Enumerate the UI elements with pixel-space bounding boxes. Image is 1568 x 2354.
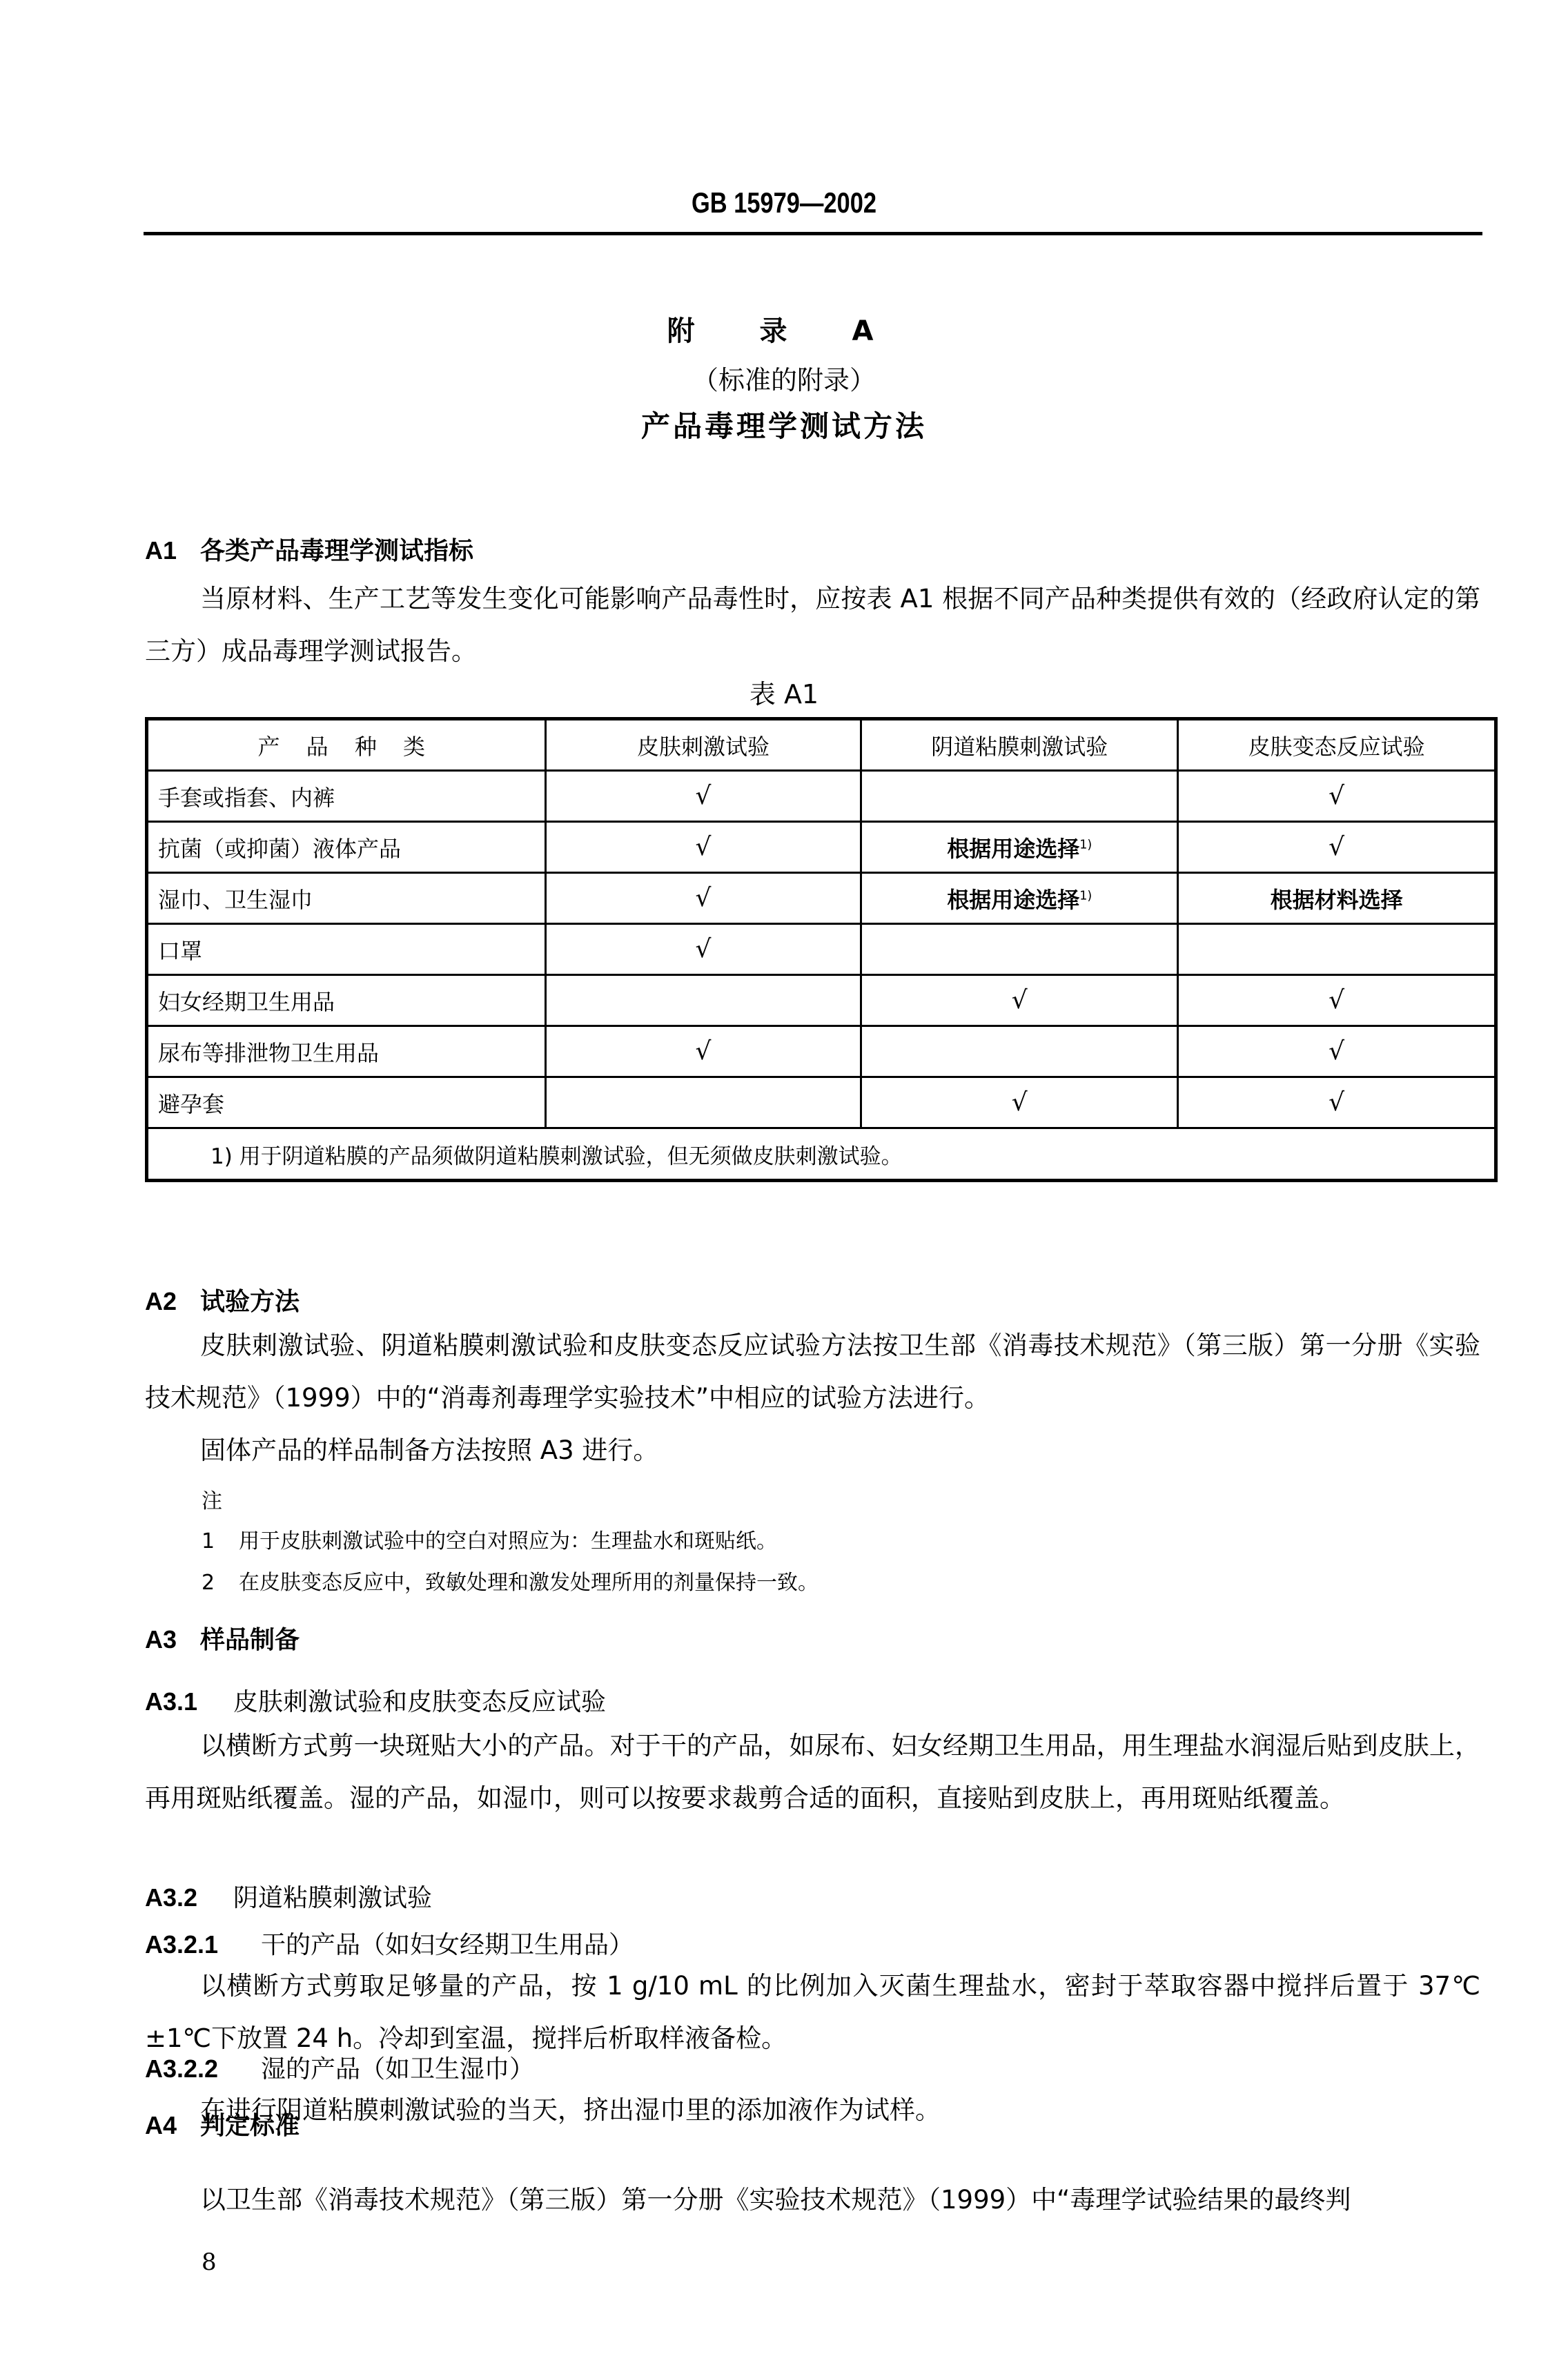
footnote-ref: 1): [1079, 889, 1092, 903]
table-caption: 表 A1: [0, 673, 1568, 711]
select-by-material-cell: 根据材料选择: [1178, 873, 1496, 924]
section-a3-2-2-heading: A3.2.2湿的产品（如卫生湿巾）: [145, 2050, 534, 2085]
page-number: 8: [202, 2248, 217, 2276]
table-row: 手套或指套、内裤 √ √: [147, 771, 1496, 822]
section-a4-heading-line: A4判定标准: [145, 2106, 300, 2141]
section-a2-heading: A2试验方法: [145, 1282, 300, 1317]
check-icon: √: [1178, 1026, 1496, 1077]
column-header-vaginal-mucosa: 阴道粘膜刺激试验: [861, 719, 1178, 771]
section-number: A3.2: [145, 1883, 221, 1912]
standard-number: GB 15979—2002: [141, 186, 1427, 219]
product-cell: 手套或指套、内裤: [147, 771, 546, 822]
section-number: A2: [145, 1287, 200, 1316]
section-title: 判定标准: [200, 2112, 300, 2140]
table-row: 口罩 √: [147, 924, 1496, 975]
check-icon: √: [545, 822, 861, 873]
product-cell: 尿布等排泄物卫生用品: [147, 1026, 546, 1077]
empty-cell: [861, 924, 1178, 975]
product-cell: 口罩: [147, 924, 546, 975]
header-rule: [144, 232, 1482, 235]
empty-cell: [861, 1026, 1178, 1077]
note-text: 在皮肤变态反应中，致敏处理和激发处理所用的剂量保持一致。: [239, 1571, 819, 1595]
check-icon: √: [1178, 771, 1496, 822]
check-icon: √: [545, 771, 861, 822]
section-number: A3.2.1: [145, 1930, 248, 1959]
table-row: 湿巾、卫生湿巾 √ 根据用途选择1) 根据材料选择: [147, 873, 1496, 924]
section-a3-2-heading: A3.2阴道粘膜刺激试验: [145, 1879, 432, 1914]
table-header-row: 产 品 种 类 皮肤刺激试验 阴道粘膜刺激试验 皮肤变态反应试验: [147, 719, 1496, 771]
column-header-skin-irritation: 皮肤刺激试验: [545, 719, 861, 771]
check-icon: √: [1178, 1077, 1496, 1128]
document-page: GB 15979—2002 附 录 A （标准的附录） 产品毒理学测试方法 A1…: [0, 0, 1568, 2354]
section-a3-1-paragraph: 以横断方式剪一块斑贴大小的产品。对于干的产品，如尿布、妇女经期卫生用品，用生理盐…: [145, 1720, 1480, 1825]
product-cell: 湿巾、卫生湿巾: [147, 873, 546, 924]
footnote-ref: 1): [1079, 838, 1092, 852]
column-header-product: 产 品 种 类: [147, 719, 546, 771]
empty-cell: [545, 975, 861, 1026]
section-title: 皮肤刺激试验和皮肤变态反应试验: [233, 1688, 606, 1716]
cell-text: 根据用途选择: [947, 836, 1079, 862]
check-icon: √: [545, 1026, 861, 1077]
section-a2-paragraph: 皮肤刺激试验、阴道粘膜刺激试验和皮肤变态反应试验方法按卫生部《消毒技术规范》（第…: [145, 1320, 1480, 1424]
select-by-use-cell: 根据用途选择1): [861, 873, 1178, 924]
empty-cell: [545, 1077, 861, 1128]
section-a3-heading: A3样品制备: [145, 1620, 300, 1656]
section-number: A3.2.2: [145, 2054, 248, 2083]
note-label: 注: [202, 1484, 222, 1514]
table-footnote-row: 1) 用于阴道粘膜的产品须做阴道粘膜刺激试验，但无须做皮肤刺激试验。: [147, 1128, 1496, 1181]
section-a1-heading: A1各类产品毒理学测试指标: [145, 531, 473, 567]
table-row: 妇女经期卫生用品 √ √: [147, 975, 1496, 1026]
note-number: 1: [202, 1529, 239, 1553]
check-icon: √: [861, 1077, 1178, 1128]
cell-text: 根据用途选择: [947, 887, 1079, 913]
note-text: 用于皮肤刺激试验中的空白对照应为：生理盐水和斑贴纸。: [239, 1529, 777, 1553]
check-icon: √: [545, 873, 861, 924]
check-icon: √: [545, 924, 861, 975]
table-row: 避孕套 √ √: [147, 1077, 1496, 1128]
product-cell: 抗菌（或抑菌）液体产品: [147, 822, 546, 873]
section-a3-2-1-heading: A3.2.1干的产品（如妇女经期卫生用品）: [145, 1925, 634, 1961]
section-title: 湿的产品（如卫生湿巾）: [261, 2055, 534, 2083]
section-a2-paragraph-2: 固体产品的样品制备方法按照 A3 进行。: [145, 1424, 1480, 1477]
check-icon: √: [1178, 975, 1496, 1026]
product-cell: 妇女经期卫生用品: [147, 975, 546, 1026]
section-number: A3.1: [145, 1687, 221, 1716]
product-cell: 避孕套: [147, 1077, 546, 1128]
column-header-skin-allergy: 皮肤变态反应试验: [1178, 719, 1496, 771]
section-number: A1: [145, 536, 200, 565]
section-title: 试验方法: [200, 1288, 300, 1316]
section-a3-2-2-paragraph: 在进行阴道粘膜刺激试验的当天，挤出湿巾里的添加液作为试样。: [145, 2084, 1480, 2137]
empty-cell: [861, 771, 1178, 822]
appendix-label: 附 录 A: [0, 309, 1568, 349]
empty-cell: [1178, 924, 1496, 975]
appendix-title: 产品毒理学测试方法: [0, 404, 1568, 445]
table-row: 抗菌（或抑菌）液体产品 √ 根据用途选择1) √: [147, 822, 1496, 873]
section-a1-paragraph: 当原材料、生产工艺等发生变化可能影响产品毒性时，应按表 A1 根据不同产品种类提…: [145, 573, 1480, 678]
check-icon: √: [1178, 822, 1496, 873]
section-title: 干的产品（如妇女经期卫生用品）: [261, 1931, 634, 1959]
note-item: 1用于皮肤刺激试验中的空白对照应为：生理盐水和斑贴纸。: [202, 1524, 777, 1554]
section-number: A3: [145, 1625, 200, 1654]
appendix-subtitle: （标准的附录）: [0, 359, 1568, 397]
section-title: 样品制备: [200, 1626, 300, 1654]
section-number: A4: [145, 2111, 200, 2140]
section-a4-paragraph: 以卫生部《消毒技术规范》（第三版）第一分册《实验技术规范》（1999）中“毒理学…: [145, 2174, 1480, 2226]
check-icon: √: [861, 975, 1178, 1026]
section-title: 阴道粘膜刺激试验: [233, 1884, 432, 1912]
note-item: 2在皮肤变态反应中，致敏处理和激发处理所用的剂量保持一致。: [202, 1565, 819, 1596]
note-number: 2: [202, 1571, 239, 1595]
section-a3-1-heading: A3.1皮肤刺激试验和皮肤变态反应试验: [145, 1683, 606, 1718]
select-by-use-cell: 根据用途选择1): [861, 822, 1178, 873]
table-footnote: 1) 用于阴道粘膜的产品须做阴道粘膜刺激试验，但无须做皮肤刺激试验。: [147, 1128, 1496, 1181]
section-title: 各类产品毒理学测试指标: [200, 537, 473, 565]
table-row: 尿布等排泄物卫生用品 √ √: [147, 1026, 1496, 1077]
toxicology-test-table: 产 品 种 类 皮肤刺激试验 阴道粘膜刺激试验 皮肤变态反应试验 手套或指套、内…: [145, 717, 1498, 1182]
